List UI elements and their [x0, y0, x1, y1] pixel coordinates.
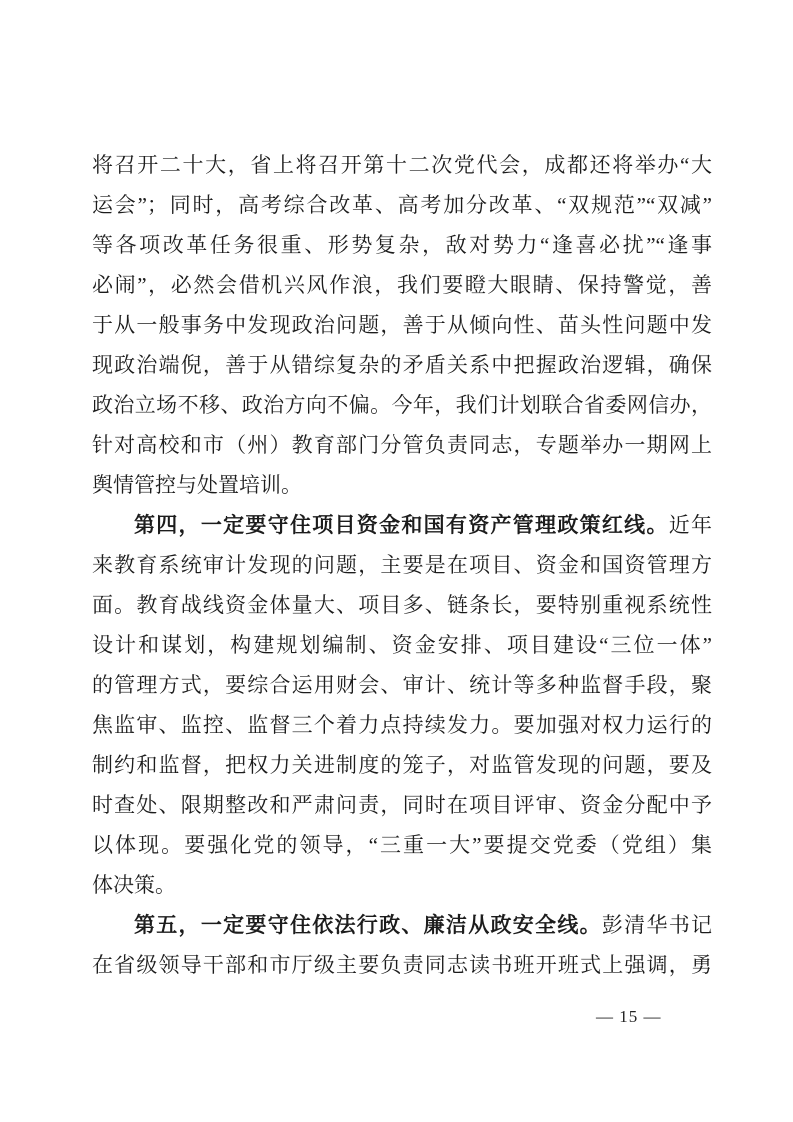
text-line: 的管理方式，要综合运用财会、审计、统计等多种监督手段，聚	[92, 665, 712, 705]
text-line: 体决策。	[92, 865, 712, 905]
text-line: 于从一般事务中发现政治问题，善于从倾向性、苗头性问题中发	[92, 305, 712, 345]
body-text: 针对高校和市（州）教育部门分管负责同志，专题举办一期网上	[92, 433, 712, 457]
body-text: 必闹”，必然会借机兴风作浪，我们要瞪大眼睛、保持警觉，善	[92, 273, 712, 297]
text-line: 政治立场不移、政治方向不偏。今年，我们计划联合省委网信办，	[92, 385, 712, 425]
body-text: 将召开二十大，省上将召开第十二次党代会，成都还将举办“大	[92, 153, 712, 177]
text-line: 焦监审、监控、监督三个着力点持续发力。要加强对权力运行的	[92, 705, 712, 745]
heading-text: 第四，一定要守住项目资金和国有资产管理政策红线。	[134, 514, 669, 537]
body-text: 运会”；同时，高考综合改革、高考加分改革、“双规范”“双减”	[92, 193, 712, 217]
text-line: 等各项改革任务很重、形势复杂，敌对势力“逢喜必扰”“逢事	[92, 225, 712, 265]
page-number: — 15 —	[596, 1004, 662, 1030]
text-line: 运会”；同时，高考综合改革、高考加分改革、“双规范”“双减”	[92, 185, 712, 225]
body-text: 设计和谋划，构建规划编制、资金安排、项目建设“三位一体”	[92, 633, 712, 657]
body-text: 以体现。要强化党的领导，“三重一大”要提交党委（党组）集	[92, 833, 712, 857]
document-page: 将召开二十大，省上将召开第十二次党代会，成都还将举办“大 运会”；同时，高考综合…	[0, 0, 793, 1122]
document-body: 将召开二十大，省上将召开第十二次党代会，成都还将举办“大 运会”；同时，高考综合…	[92, 145, 712, 985]
body-text: 体决策。	[92, 873, 176, 897]
body-text: 来教育系统审计发现的问题，主要是在项目、资金和国资管理方	[92, 553, 712, 577]
body-text: 焦监审、监控、监督三个着力点持续发力。要加强对权力运行的	[92, 713, 712, 737]
body-text: 于从一般事务中发现政治问题，善于从倾向性、苗头性问题中发	[92, 313, 712, 337]
text-line: 现政治端倪，善于从错综复杂的矛盾关系中把握政治逻辑，确保	[92, 345, 712, 385]
text-line: 必闹”，必然会借机兴风作浪，我们要瞪大眼睛、保持警觉，善	[92, 265, 712, 305]
text-line: 制约和监督，把权力关进制度的笼子，对监管发现的问题，要及	[92, 745, 712, 785]
body-text: 在省级领导干部和市厅级主要负责同志读书班开班式上强调，勇	[92, 953, 712, 977]
text-line: 以体现。要强化党的领导，“三重一大”要提交党委（党组）集	[92, 825, 712, 865]
heading-text: 第五，一定要守住依法行政、廉洁从政安全线。	[134, 914, 602, 937]
text-line: 面。教育战线资金体量大、项目多、链条长，要特别重视系统性	[92, 585, 712, 625]
body-text: 现政治端倪，善于从错综复杂的矛盾关系中把握政治逻辑，确保	[92, 353, 712, 377]
text-line: 来教育系统审计发现的问题，主要是在项目、资金和国资管理方	[92, 545, 712, 585]
body-text: 制约和监督，把权力关进制度的笼子，对监管发现的问题，要及	[92, 753, 712, 777]
body-text: 面。教育战线资金体量大、项目多、链条长，要特别重视系统性	[92, 593, 712, 617]
text-line: 时查处、限期整改和严肃问责，同时在项目评审、资金分配中予	[92, 785, 712, 825]
body-text: 舆情管控与处置培训。	[92, 473, 302, 497]
text-line: 在省级领导干部和市厅级主要负责同志读书班开班式上强调，勇	[92, 945, 712, 985]
text-line: 舆情管控与处置培训。	[92, 465, 712, 505]
text-line-section-heading: 第四，一定要守住项目资金和国有资产管理政策红线。近年	[92, 505, 712, 545]
body-text: 的管理方式，要综合运用财会、审计、统计等多种监督手段，聚	[92, 673, 712, 697]
body-text: 时查处、限期整改和严肃问责，同时在项目评审、资金分配中予	[92, 793, 712, 817]
body-text: 政治立场不移、政治方向不偏。今年，我们计划联合省委网信办，	[92, 393, 712, 417]
text-line: 针对高校和市（州）教育部门分管负责同志，专题举办一期网上	[92, 425, 712, 465]
text-line-section-heading: 第五，一定要守住依法行政、廉洁从政安全线。彭清华书记	[92, 905, 712, 945]
text-line: 设计和谋划，构建规划编制、资金安排、项目建设“三位一体”	[92, 625, 712, 665]
text-line: 将召开二十大，省上将召开第十二次党代会，成都还将举办“大	[92, 145, 712, 185]
body-text: 彭清华书记	[602, 913, 712, 937]
body-text: 近年	[669, 513, 712, 537]
body-text: 等各项改革任务很重、形势复杂，敌对势力“逢喜必扰”“逢事	[92, 233, 712, 257]
